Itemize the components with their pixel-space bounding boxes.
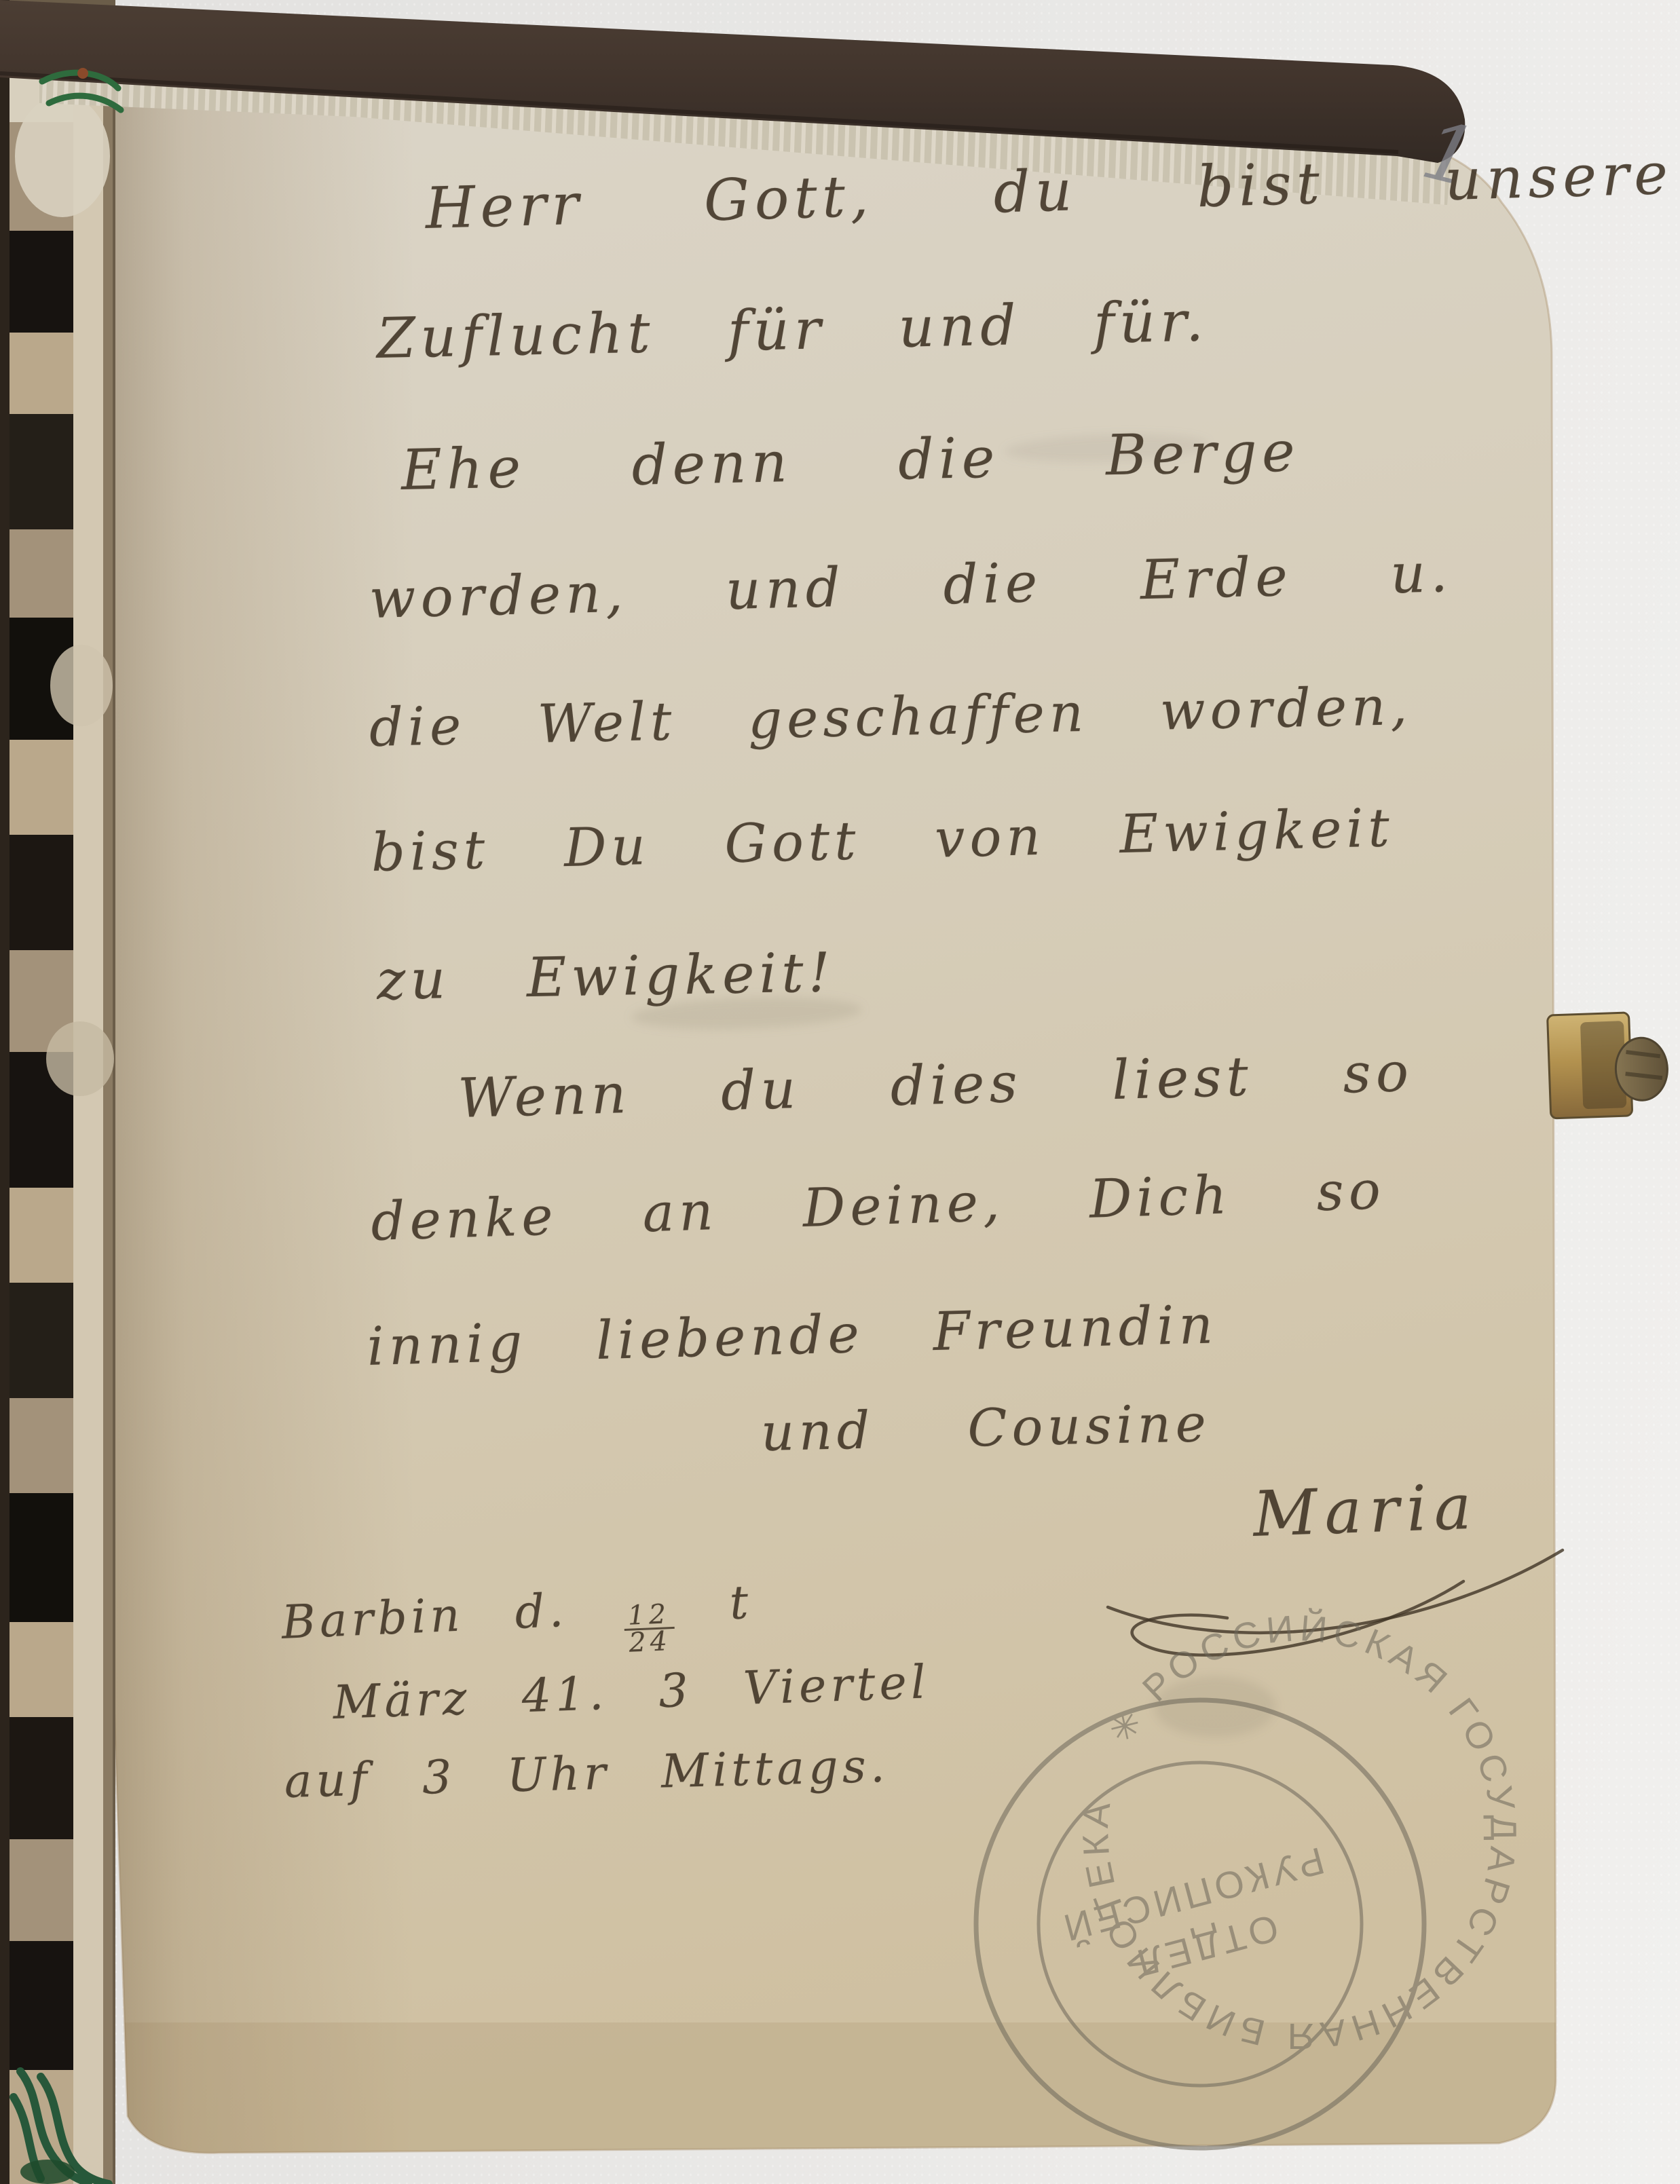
ink-stain: [1154, 1676, 1276, 1737]
handwriting-line: zu Ewigkeit!: [376, 941, 835, 1012]
book-spine: [0, 0, 115, 2184]
dateline-prefix: Barbin d.: [280, 1584, 569, 1650]
clasp-knob: [1615, 1037, 1668, 1102]
thread-knot: [77, 68, 88, 79]
dateline-suffix: t: [728, 1576, 753, 1630]
handwriting-signature: Maria: [1252, 1470, 1480, 1551]
brass-clasp: [1548, 1011, 1669, 1118]
date-fraction-denominator: 24: [629, 1629, 672, 1656]
photo-of-manuscript-page: ✳ РОССИЙСКАЯ ГОСУДАРСТВЕННАЯ БИБЛИОТЕКА …: [0, 0, 1680, 2184]
date-fraction: 12 24: [623, 1602, 676, 1657]
handwriting-line: und Cousine: [760, 1393, 1211, 1463]
crumpled-paper: [15, 95, 110, 217]
